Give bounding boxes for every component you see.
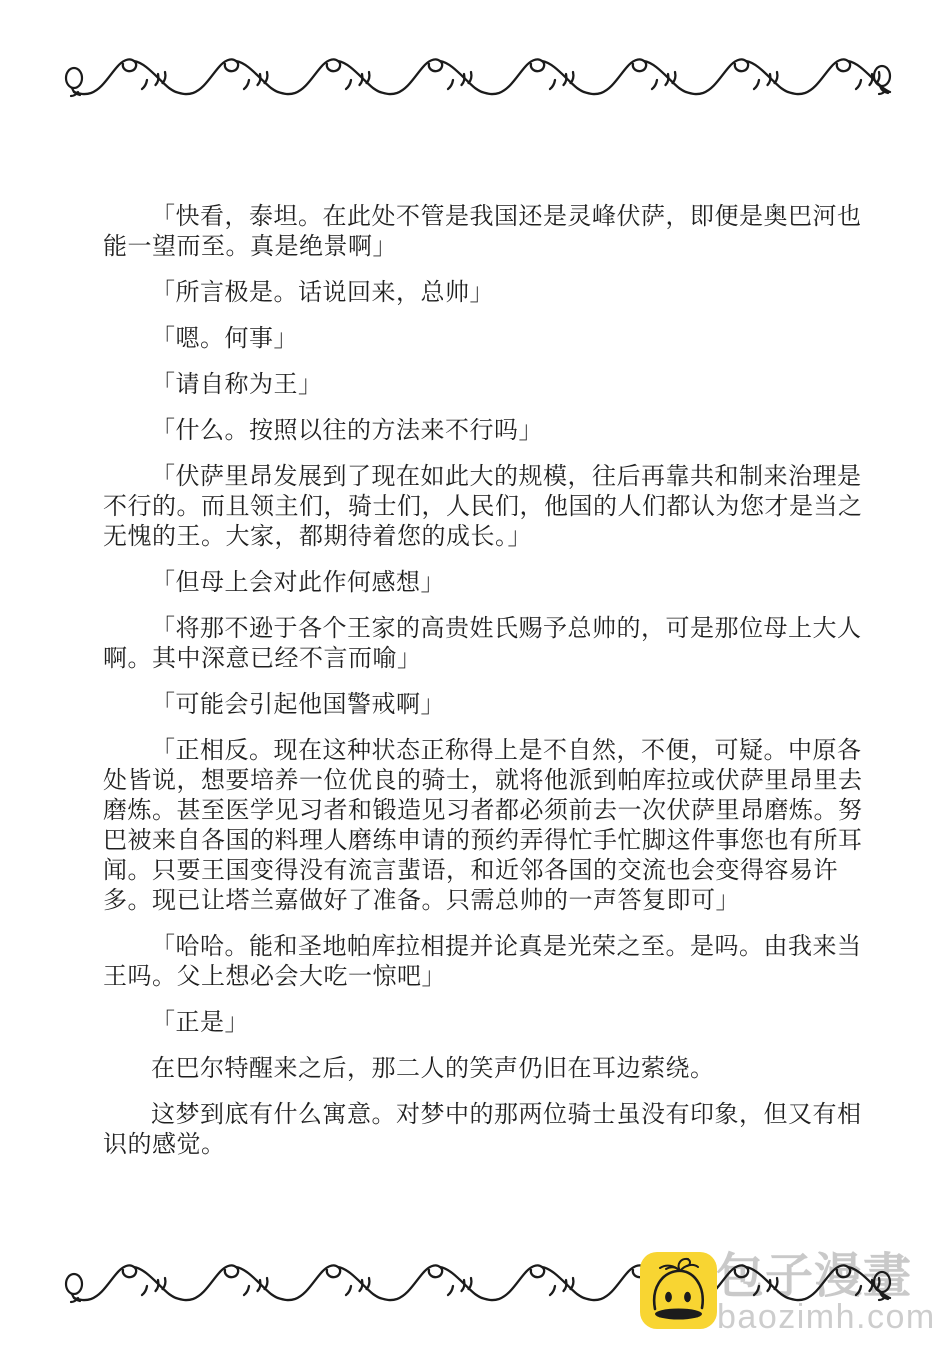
paragraph: 「所言极是。话说回来，总帅」	[103, 278, 869, 308]
baozi-bun-icon	[640, 1252, 717, 1329]
paragraph: 「正相反。现在这种状态正称得上是不自然，不便，可疑。中原各处皆说，想要培养一位优…	[103, 736, 869, 916]
paragraph: 「但母上会对此作何感想」	[103, 568, 869, 598]
novel-text-block: 「快看，泰坦。在此处不管是我国还是灵峰伏萨，即便是奥巴河也能一望而至。真是绝景啊…	[103, 202, 869, 1176]
paragraph: 「可能会引起他国警戒啊」	[103, 690, 869, 720]
paragraph: 这梦到底有什么寓意。对梦中的那两位骑士虽没有印象，但又有相识的感觉。	[103, 1100, 869, 1160]
paragraph: 「什么。按照以往的方法来不行吗」	[103, 416, 869, 446]
paragraph: 「正是」	[103, 1008, 869, 1038]
paragraph: 「哈哈。能和圣地帕库拉相提并论真是光荣之至。是吗。由我来当王吗。父上想必会大吃一…	[103, 932, 869, 992]
paragraph: 「请自称为王」	[103, 370, 869, 400]
paragraph: 「嗯。何事」	[103, 324, 869, 354]
top-ornament-divider	[60, 54, 892, 104]
paragraph: 在巴尔特醒来之后，那二人的笑声仍旧在耳边萦绕。	[103, 1054, 869, 1084]
paragraph: 「伏萨里昂发展到了现在如此大的规模，往后再靠共和制来治理是不行的。而且领主们，骑…	[103, 462, 869, 552]
paragraph: 「将那不逊于各个王家的高贵姓氏赐予总帅的，可是那位母上大人啊。其中深意已经不言而…	[103, 614, 869, 674]
paragraph: 「快看，泰坦。在此处不管是我国还是灵峰伏萨，即便是奥巴河也能一望而至。真是绝景啊…	[103, 202, 869, 262]
bottom-ornament-divider	[60, 1260, 892, 1310]
